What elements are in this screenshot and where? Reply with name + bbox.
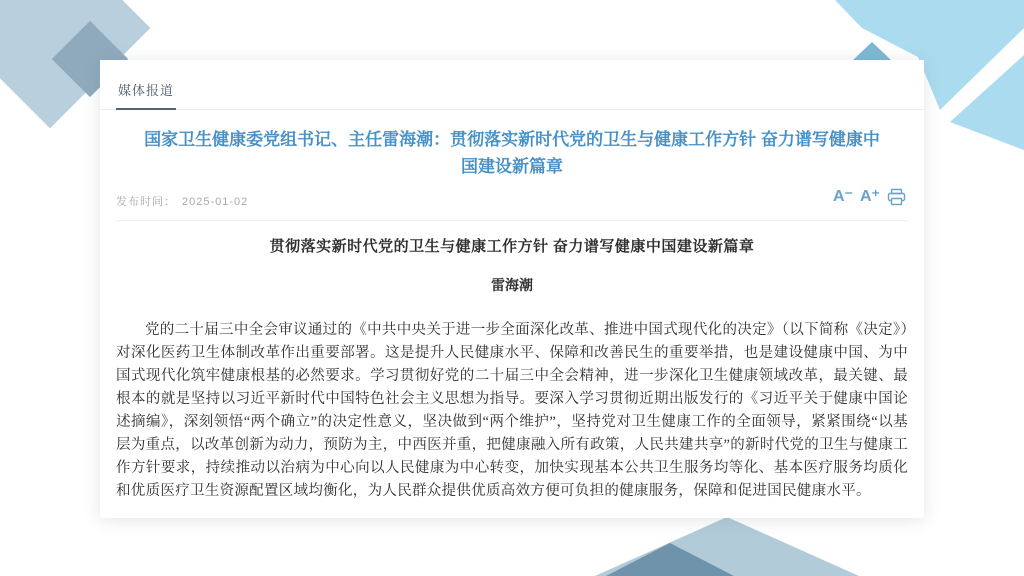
tab-media-reports[interactable]: 媒体报道 [116,80,176,110]
article-meta-row: 发布时间：2025-01-02 A⁻ A⁺ [116,192,908,221]
slide-background: 媒体报道 国家卫生健康委党组书记、主任雷海潮：贯彻落实新时代党的卫生与健康工作方… [0,0,1024,576]
print-button[interactable] [887,188,906,206]
font-decrease-button[interactable]: A⁻ [833,189,853,205]
publish-time-value: 2025-01-02 [182,196,248,208]
article-paragraph: 党的二十届三中全会审议通过的《中共中央关于进一步全面深化改革、推进中国式现代化的… [116,319,908,503]
deco-triangle-top-right-peak [853,42,891,60]
article-page-card: 媒体报道 国家卫生健康委党组书记、主任雷海潮：贯彻落实新时代党的卫生与健康工作方… [100,60,924,518]
font-increase-button[interactable]: A⁺ [860,189,880,205]
article-heading: 贯彻落实新时代党的卫生与健康工作方针 奋力谱写健康中国建设新篇章 [116,235,908,256]
article-list-title: 国家卫生健康委党组书记、主任雷海潮：贯彻落实新时代党的卫生与健康工作方针 奋力谱… [136,126,888,180]
article-author: 雷海潮 [116,275,908,295]
section-tabbar: 媒体报道 [100,60,924,110]
printer-icon [887,188,906,206]
reader-controls: A⁻ A⁺ [833,188,906,206]
publish-time-label: 发布时间： [116,196,176,208]
article-body: 贯彻落实新时代党的卫生与健康工作方针 奋力谱写健康中国建设新篇章 雷海潮 党的二… [100,221,924,503]
publish-time: 发布时间：2025-01-02 [116,196,248,208]
